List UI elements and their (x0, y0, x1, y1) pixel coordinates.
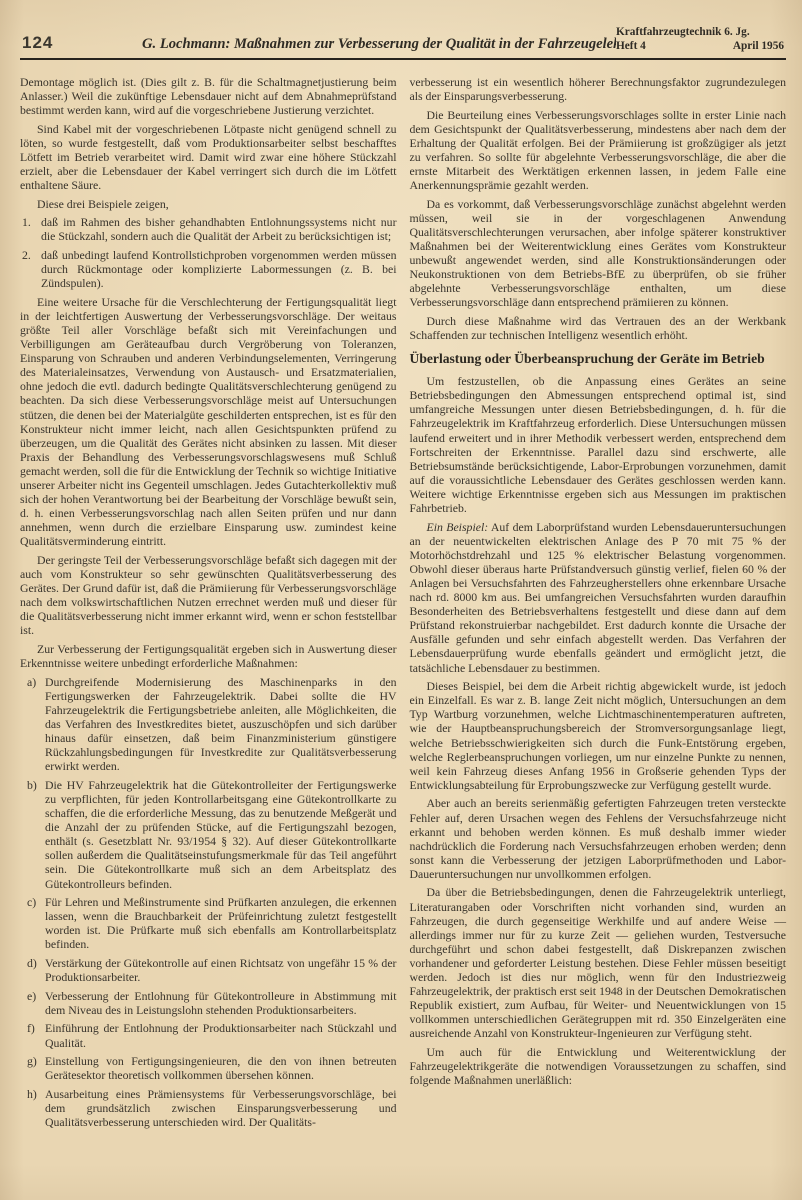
journal-issue-line: Heft 4 April 1956 (616, 40, 784, 54)
list-item-text: Die HV Fahrzeugelektrik hat die Gütekont… (45, 778, 397, 891)
numbered-list-item: 1. daß im Rahmen des bisher gehandhabten… (20, 215, 397, 243)
journal-issue: Heft 4 (616, 40, 646, 54)
list-marker: f) (27, 1021, 35, 1035)
list-marker: g) (27, 1054, 37, 1068)
list-item-text: Einführung der Entlohnung der Produktion… (45, 1021, 397, 1049)
list-item-text: Einstellung von Fertigungsingenieuren, d… (45, 1054, 397, 1082)
paragraph: Durch diese Maßnahme wird das Vertrauen … (410, 314, 787, 342)
example-lead: Ein Beispiel: (427, 520, 489, 534)
article-body: Demontage möglich ist. (Dies gilt z. B. … (20, 75, 786, 1134)
paragraph: Sind Kabel mit der vorgeschriebenen Lötp… (20, 122, 397, 192)
paragraph: Demontage möglich ist. (Dies gilt z. B. … (20, 75, 397, 117)
paragraph: Zur Verbesserung der Fertigungsqualität … (20, 642, 397, 670)
paragraph: Diese drei Beispiele zeigen, (20, 197, 397, 211)
lettered-list-item: f) Einführung der Entlohnung der Produkt… (20, 1021, 397, 1049)
journal-info: Kraftfahrzeugtechnik 6. Jg. Heft 4 April… (616, 26, 784, 53)
page-number: 124 (22, 33, 142, 53)
list-item-text: Durchgreifende Modernisierung des Maschi… (45, 675, 397, 774)
list-marker: a) (27, 675, 36, 689)
page-header: 124 G. Lochmann: Maßnahmen zur Verbesser… (20, 26, 786, 56)
lettered-list-item: b) Die HV Fahrzeugelektrik hat die Gütek… (20, 778, 397, 891)
paragraph: Die Beurteilung eines Verbesserungsvorsc… (410, 108, 787, 193)
example-paragraph: Ein Beispiel: Auf dem Laborprüfstand wur… (410, 520, 787, 675)
section-heading: Überlastung oder Überbeanspruchung der G… (410, 351, 787, 367)
lettered-list-item: a) Durchgreifende Modernisierung des Mas… (20, 675, 397, 774)
paragraph: Dieses Beispiel, bei dem die Arbeit rich… (410, 679, 787, 792)
paragraph: verbesserung ist ein wesentlich höherer … (410, 75, 787, 103)
list-marker: 2. (22, 248, 31, 262)
list-item-text: Ausarbeitung eines Prämiensystems für Ve… (45, 1087, 397, 1129)
numbered-list-item: 2. daß unbedingt laufend Kontrollstichpr… (20, 248, 397, 290)
paragraph: Da über die Betriebsbedingungen, denen d… (410, 885, 787, 1040)
paragraph: Aber auch an bereits serienmäßig geferti… (410, 796, 787, 881)
lettered-list-item: c) Für Lehren und Meßinstrumente sind Pr… (20, 895, 397, 951)
list-marker: c) (27, 895, 36, 909)
paragraph: Um festzustellen, ob die Anpassung eines… (410, 374, 787, 515)
lettered-list-item: g) Einstellung von Fertigungsingenieuren… (20, 1054, 397, 1082)
lettered-list-item: e) Verbesserung der Entlohnung für Gütek… (20, 989, 397, 1017)
lettered-list-item: h) Ausarbeitung eines Prämiensystems für… (20, 1087, 397, 1129)
list-item-text: Verbesserung der Entlohnung für Gütekont… (45, 989, 397, 1017)
right-column: verbesserung ist ein wesentlich höherer … (410, 75, 787, 1134)
paragraph: Eine weitere Ursache für die Verschlecht… (20, 295, 397, 549)
list-marker: 1. (22, 215, 31, 229)
lettered-list-item: d) Verstärkung der Gütekontrolle auf ein… (20, 956, 397, 984)
paragraph: Da es vorkommt, daß Verbesserungsvorschl… (410, 197, 787, 310)
paragraph: Um auch für die Entwicklung und Weiteren… (410, 1045, 787, 1087)
running-title: G. Lochmann: Maßnahmen zur Verbesserung … (142, 36, 616, 53)
list-item-text: daß unbedingt laufend Kontrollstichprobe… (41, 248, 397, 290)
paragraph-text: Auf dem Laborprüfstand wurden Lebensdaue… (410, 520, 787, 675)
list-marker: e) (27, 989, 36, 1003)
list-marker: d) (27, 956, 37, 970)
paragraph: Der geringste Teil der Verbesserungsvors… (20, 553, 397, 638)
journal-date: April 1956 (733, 40, 784, 54)
list-marker: b) (27, 778, 37, 792)
left-column: Demontage möglich ist. (Dies gilt z. B. … (20, 75, 397, 1134)
list-item-text: daß im Rahmen des bisher gehandhabten En… (41, 215, 397, 243)
list-item-text: Verstärkung der Gütekontrolle auf einen … (45, 956, 397, 984)
list-item-text: Für Lehren und Meßinstrumente sind Prüfk… (45, 895, 397, 951)
journal-name-volume: Kraftfahrzeugtechnik 6. Jg. (616, 26, 784, 40)
list-marker: h) (27, 1087, 37, 1101)
journal-page: 124 G. Lochmann: Maßnahmen zur Verbesser… (0, 0, 802, 1134)
header-rule (20, 58, 786, 60)
